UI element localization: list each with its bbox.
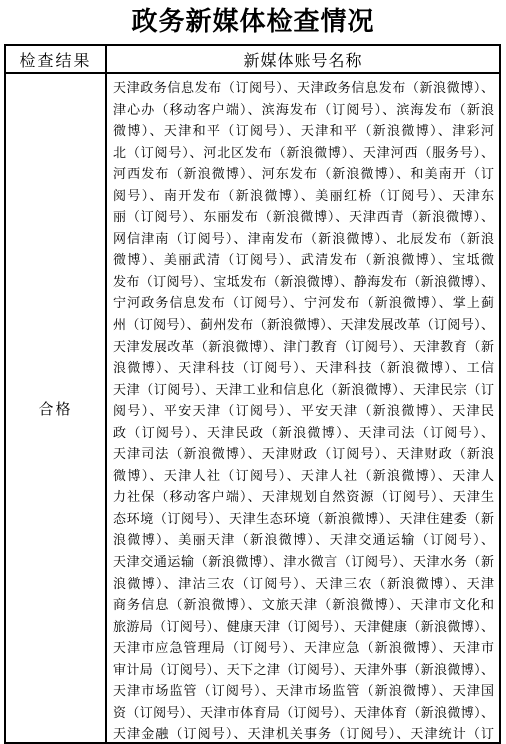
account-line: 微博）、天津和平（订阅号）、天津和平（新浪微博）、津彩河: [113, 120, 494, 142]
account-line: 微博）、天津人社（订阅号）、天津人社（新浪微博）、天津人: [113, 465, 494, 487]
inspection-table: 检查结果 新媒体账号名称 合格 天津政务信息发布（订阅号）、天津政务信息发布（新…: [4, 44, 501, 744]
account-line: 州（订阅号）、蓟州发布（新浪微博）、天津发展改革（订阅号）、: [113, 314, 494, 336]
header-cell-account-names: 新媒体账号名称: [107, 46, 499, 72]
header-cell-inspection-result: 检查结果: [6, 46, 107, 72]
account-line: 天津（订阅号）、天津工业和信息化（新浪微博）、天津民宗（订: [113, 379, 494, 401]
account-line: 浪微博）、天津科技（订阅号）、天津科技（新浪微博）、工信: [113, 357, 494, 379]
account-line: 浪微博）、美丽天津（新浪微博）、天津交通运输（订阅号）、: [113, 529, 494, 551]
page-title: 政务新媒体检查情况: [0, 0, 506, 37]
account-line: 北（订阅号）、河北区发布（新浪微博）、天津河西（服务号）、: [113, 142, 494, 164]
account-line: 发布（订阅号）、宝坻发布（新浪微博）、静海发布（新浪微博）、: [113, 271, 494, 293]
account-line: 天津司法（新浪微博）、天津财政（订阅号）、天津财政（新浪: [113, 443, 494, 465]
account-line: 阅号）、平安天津（订阅号）、平安天津（新浪微博）、天津民: [113, 400, 494, 422]
account-line: 天津市应急管理局（订阅号）、天津应急（新浪微博）、天津市: [113, 637, 494, 659]
account-line: 天津市场监管（订阅号）、天津市场监管（新浪微博）、天津国: [113, 680, 494, 702]
account-line: 丽（订阅号）、东丽发布（新浪微博）、天津西青（新浪微博）、: [113, 206, 494, 228]
account-names-cell: 天津政务信息发布（订阅号）、天津政务信息发布（新浪微博）、津心办（移动客户端）、…: [107, 74, 499, 742]
account-line: 河西发布（新浪微博）、河东发布（新浪微博）、和美南开（订: [113, 163, 494, 185]
account-line: 网信津南（订阅号）、津南发布（新浪微博）、北辰发布（新浪: [113, 228, 494, 250]
account-line: 态环境（订阅号）、天津生态环境（新浪微博）、天津住建委（新: [113, 508, 494, 530]
account-line: 商务信息（新浪微博）、文旅天津（新浪微博）、天津市文化和: [113, 594, 494, 616]
account-line: 宁河政务信息发布（订阅号）、宁河发布（新浪微博）、掌上蓟: [113, 292, 494, 314]
result-cell-qualified: 合格: [6, 74, 107, 742]
account-line: 审计局（订阅号）、天下之津（订阅号）、天津外事（新浪微博）、: [113, 659, 494, 681]
account-line: 天津金融（订阅号）、天津机关事务（订阅号）、天津统计（订: [113, 723, 494, 742]
account-line: 天津发展改革（新浪微博）、津门教育（订阅号）、天津教育（新: [113, 336, 494, 358]
account-line: 浪微博）、津沽三农（订阅号）、天津三农（新浪微博）、天津: [113, 573, 494, 595]
account-line: 微博）、美丽武清（订阅号）、武清发布（新浪微博）、宝坻微: [113, 249, 494, 271]
account-line: 资（订阅号）、天津市体育局（订阅号）、天津体育（新浪微博）、: [113, 702, 494, 724]
account-line: 阅号）、南开发布（新浪微博）、美丽红桥（订阅号）、天津东: [113, 185, 494, 207]
account-line: 力社保（移动客户端）、天津规划自然资源（订阅号）、天津生: [113, 486, 494, 508]
account-line: 天津交通运输（新浪微博）、津水微言（订阅号）、天津水务（新: [113, 551, 494, 573]
account-line: 旅游局（订阅号）、健康天津（订阅号）、天津健康（新浪微博）、: [113, 616, 494, 638]
table-header-row: 检查结果 新媒体账号名称: [6, 46, 499, 74]
account-line: 津心办（移动客户端）、滨海发布（订阅号）、滨海发布（新浪: [113, 99, 494, 121]
account-line: 天津政务信息发布（订阅号）、天津政务信息发布（新浪微博）、: [113, 77, 494, 99]
account-line: 政（订阅号）、天津民政（新浪微博）、天津司法（订阅号）、: [113, 422, 494, 444]
table-body-row: 合格 天津政务信息发布（订阅号）、天津政务信息发布（新浪微博）、津心办（移动客户…: [6, 74, 499, 742]
